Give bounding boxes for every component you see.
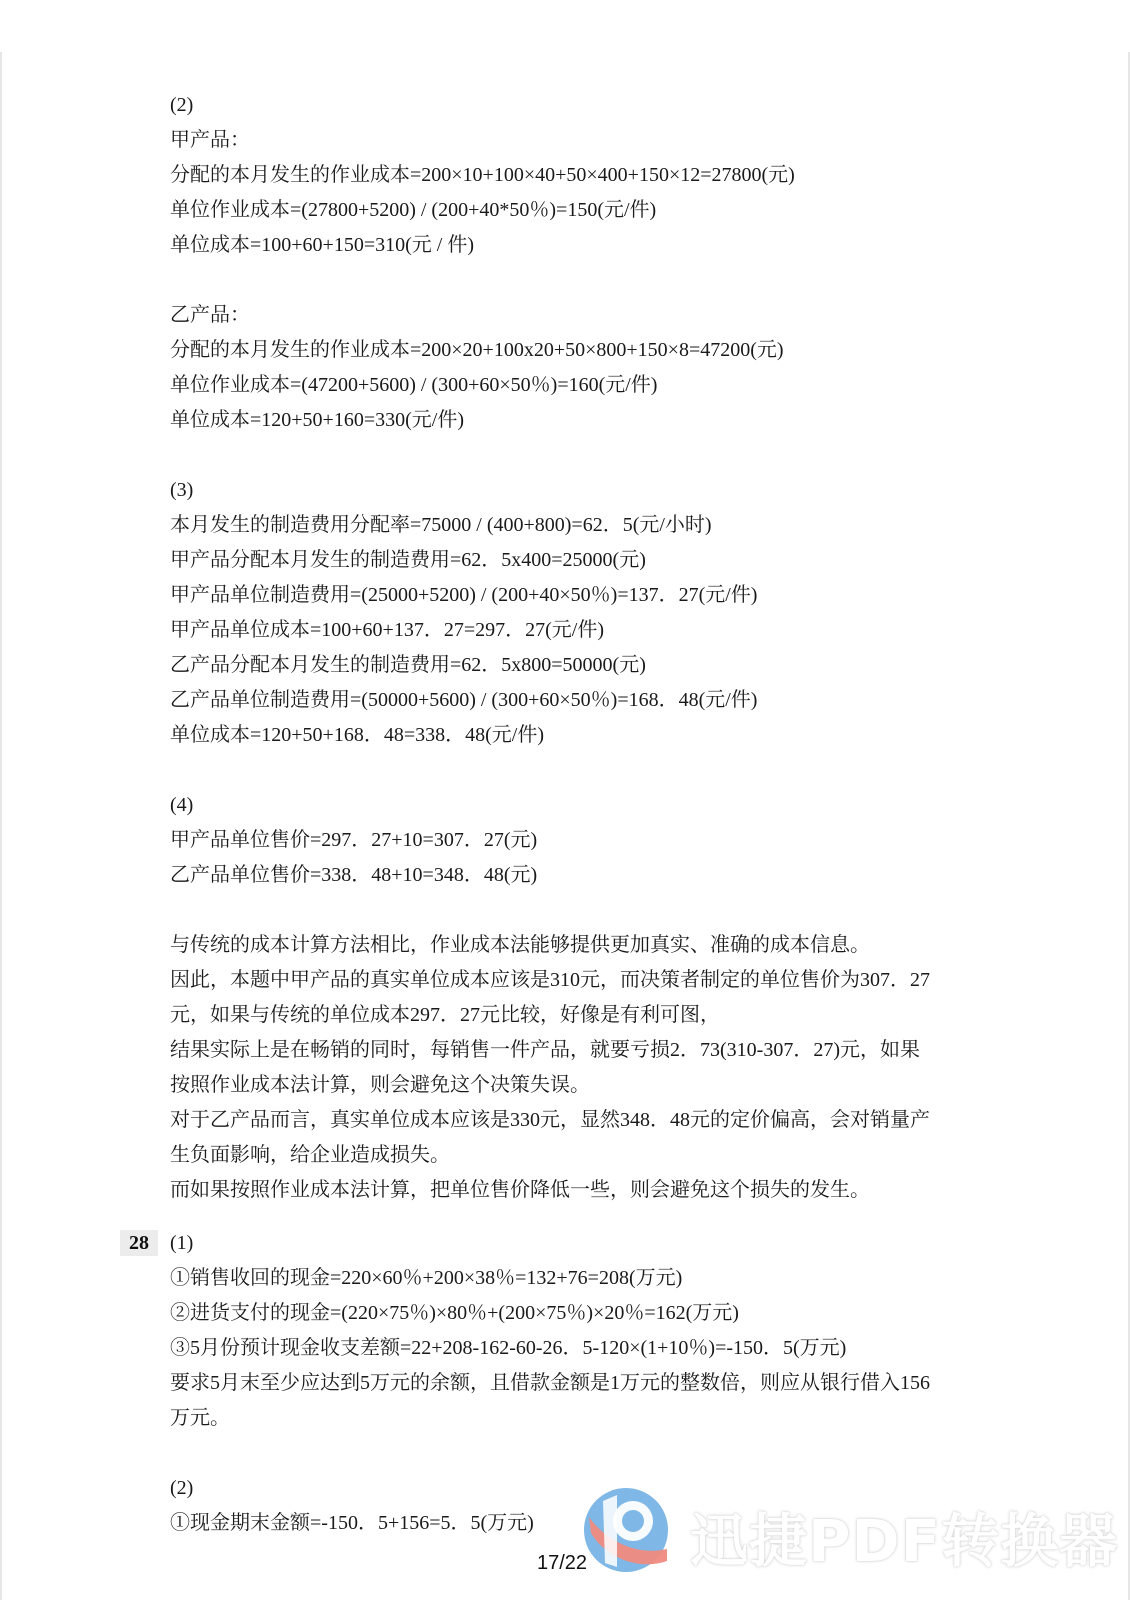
analysis-line: 按照作业成本法计算，则会避免这个决策失误。	[170, 1068, 1010, 1103]
analysis-line: 而如果按照作业成本法计算，把单位售价降低一些，则会避免这个损失的发生。	[170, 1173, 1010, 1208]
formula-line: 单位成本=100+60+150=310(元 / 件)	[170, 228, 1010, 263]
part-label: (3)	[170, 473, 1010, 508]
product-title: 甲产品：	[170, 123, 1010, 158]
formula-line: ③5月份预计现金收支差额=22+208-162-60-26．5-120×(1+1…	[170, 1331, 1010, 1366]
analysis-line: 元，如果与传统的单位成本297．27元比较，好像是有利可图，	[170, 998, 1010, 1033]
formula-line: 分配的本月发生的作业成本=200×20+100x20+50×800+150×8=…	[170, 333, 1010, 368]
formula-line: ①销售收回的现金=220×60％+200×38％=132+76=208(万元)	[170, 1261, 1010, 1296]
page-edge-left	[0, 52, 2, 1600]
page-number: 17/22	[537, 1552, 587, 1575]
question-number-badge: 28	[120, 1230, 158, 1256]
formula-line: 乙产品单位制造费用=(50000+5600) / (300+60×50％)=16…	[170, 683, 1010, 718]
analysis-line: 因此，本题中甲产品的真实单位成本应该是310元，而决策者制定的单位售价为307．…	[170, 963, 1010, 998]
formula-line: 要求5月末至少应达到5万元的余额，且借款金额是1万元的整数倍，则应从银行借入15…	[170, 1366, 1010, 1401]
formula-line: ②进货支付的现金=(220×75％)×80％+(200×75％)×20％=162…	[170, 1296, 1010, 1331]
document-body: (2) 甲产品： 分配的本月发生的作业成本=200×10+100×40+50×4…	[170, 88, 1010, 1541]
formula-line: 单位作业成本=(47200+5600) / (300+60×50％)=160(元…	[170, 368, 1010, 403]
question-28-part1-header: 28 (1)	[170, 1226, 1010, 1261]
part-label: (4)	[170, 788, 1010, 823]
watermark-text: 迅捷PDF转换器	[690, 1494, 1118, 1578]
formula-line: 本月发生的制造费用分配率=75000 / (400+800)=62．5(元/小时…	[170, 508, 1010, 543]
part-label: (2)	[170, 88, 1010, 123]
formula-line: 乙产品单位售价=338．48+10=348．48(元)	[170, 858, 1010, 893]
formula-line: 分配的本月发生的作业成本=200×10+100×40+50×400+150×12…	[170, 158, 1010, 193]
formula-line: 万元。	[170, 1401, 1010, 1436]
product-title: 乙产品：	[170, 298, 1010, 333]
part-label: (1)	[170, 1232, 193, 1254]
analysis-line: 与传统的成本计算方法相比，作业成本法能够提供更加真实、准确的成本信息。	[170, 928, 1010, 963]
formula-line: 单位作业成本=(27800+5200) / (200+40*50％)=150(元…	[170, 193, 1010, 228]
analysis-line: 生负面影响，给企业造成损失。	[170, 1138, 1010, 1173]
analysis-line: 结果实际上是在畅销的同时，每销售一件产品，就要亏损2．73(310-307．27…	[170, 1033, 1010, 1068]
formula-line: 单位成本=120+50+160=330(元/件)	[170, 403, 1010, 438]
analysis-line: 对于乙产品而言，真实单位成本应该是330元，显然348．48元的定价偏高，会对销…	[170, 1103, 1010, 1138]
formula-line: 甲产品分配本月发生的制造费用=62．5x400=25000(元)	[170, 543, 1010, 578]
formula-line: 甲产品单位制造费用=(25000+5200) / (200+40×50％)=13…	[170, 578, 1010, 613]
formula-line: 甲产品单位售价=297．27+10=307．27(元)	[170, 823, 1010, 858]
watermark-logo-icon	[583, 1487, 669, 1573]
formula-line: 单位成本=120+50+168．48=338．48(元/件)	[170, 718, 1010, 753]
formula-line: 甲产品单位成本=100+60+137．27=297．27(元/件)	[170, 613, 1010, 648]
formula-line: 乙产品分配本月发生的制造费用=62．5x800=50000(元)	[170, 648, 1010, 683]
